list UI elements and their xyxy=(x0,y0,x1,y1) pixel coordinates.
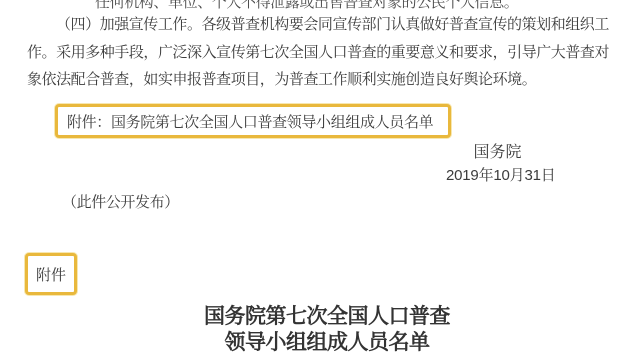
attachment-reference-text: 附件：国务院第七次全国人口普查领导小组组成人员名单 xyxy=(67,111,433,132)
attachment-title-line1: 国务院第七次全国人口普查 xyxy=(14,303,640,329)
attachment-reference-highlight-box: 附件：国务院第七次全国人口普查领导小组组成人员名单 xyxy=(55,104,451,138)
clipped-top-text-line: 任何机构、单位、个人不得泄露或出售普查对象的公民个人信息。 xyxy=(95,0,518,12)
document-page: 任何机构、单位、个人不得泄露或出售普查对象的公民个人信息。 （四）加强宣传工作。… xyxy=(0,0,640,360)
paragraph-line: （四）加强宣传工作。各级普查机构要会同宣传部门认真做好普查宣传的策划和组织工 xyxy=(27,16,609,33)
issue-date: 2019年10月31日 xyxy=(446,164,550,185)
attachment-label-highlight-box: 附件 xyxy=(25,253,77,295)
attachment-label-text: 附件 xyxy=(36,264,66,285)
attachment-title-line2: 领导小组组成人员名单 xyxy=(14,329,640,355)
attachment-title: 国务院第七次全国人口普查 领导小组组成人员名单 xyxy=(14,303,640,355)
issuer-signature: 国务院 xyxy=(450,139,545,162)
paragraph-line: 作。采用多种手段，广泛深入宣传第七次全国人口普查的重要意义和要求，引导广大普查对 xyxy=(27,44,609,61)
public-release-note: （此件公开发布） xyxy=(62,191,179,212)
paragraph-line: 象依法配合普查，如实申报普查项目，为普查工作顺利实施创造良好舆论环境。 xyxy=(27,71,536,88)
